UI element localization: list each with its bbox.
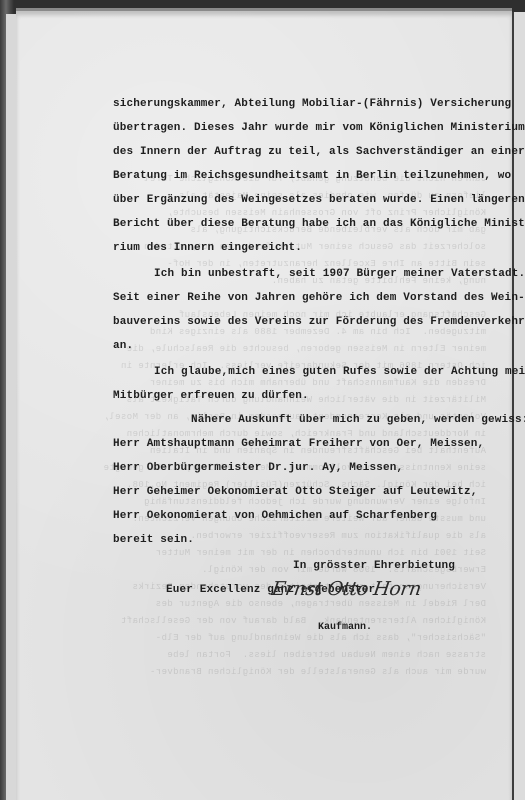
text-line: Seit einer Reihe von Jahren gehöre ich d…: [113, 292, 525, 304]
paragraph-start-line: Ich bin unbestraft, seit 1907 Bürger mei…: [154, 268, 525, 280]
closing-salutation: In grösster Ehrerbietung: [293, 560, 455, 572]
reference-line: Herr Geheimer Oekonomierat Otto Steiger …: [113, 486, 478, 498]
text-line: bauvereins sowie des Vereins zur Förderu…: [113, 316, 525, 328]
text-line: Beratung im Reichsgesundheitsamt in Berl…: [113, 170, 511, 182]
text-line: des Innern der Auftrag zu teil, als Sach…: [113, 146, 525, 158]
paragraph-start-line: Nähere Auskunft über mich zu geben, werd…: [191, 414, 525, 426]
handwritten-signature: Ernst Otto Horn: [270, 578, 422, 600]
text-line: übertragen. Dieses Jahr wurde mir vom Kö…: [113, 122, 525, 134]
reference-line: Herr Oekonomierat von Oehmichen auf Scha…: [113, 510, 437, 522]
signer-occupation: Kaufmann.: [318, 622, 372, 633]
text-line: Mitbürger erfreuen zu dürfen.: [113, 390, 309, 402]
text-line: bereit sein.: [113, 534, 194, 546]
text-line: sicherungskammer, Abteilung Mobiliar-(Fä…: [113, 98, 511, 110]
text-line: rium des Innern eingereicht.: [113, 242, 302, 254]
text-line: über Ergänzung des Weingesetzes beraten …: [113, 194, 525, 206]
reference-line: Herr Oberbürgermeister Dr.jur. Ay, Meiss…: [113, 462, 403, 474]
reference-line: Herr Amtshauptmann Geheimrat Freiherr vo…: [113, 438, 484, 450]
text-line: an.: [113, 340, 133, 352]
text-line: Bericht über diese Beratung habe ich an …: [113, 218, 525, 230]
paragraph-start-line: Ich glaube,mich eines guten Rufes sowie …: [154, 366, 525, 378]
